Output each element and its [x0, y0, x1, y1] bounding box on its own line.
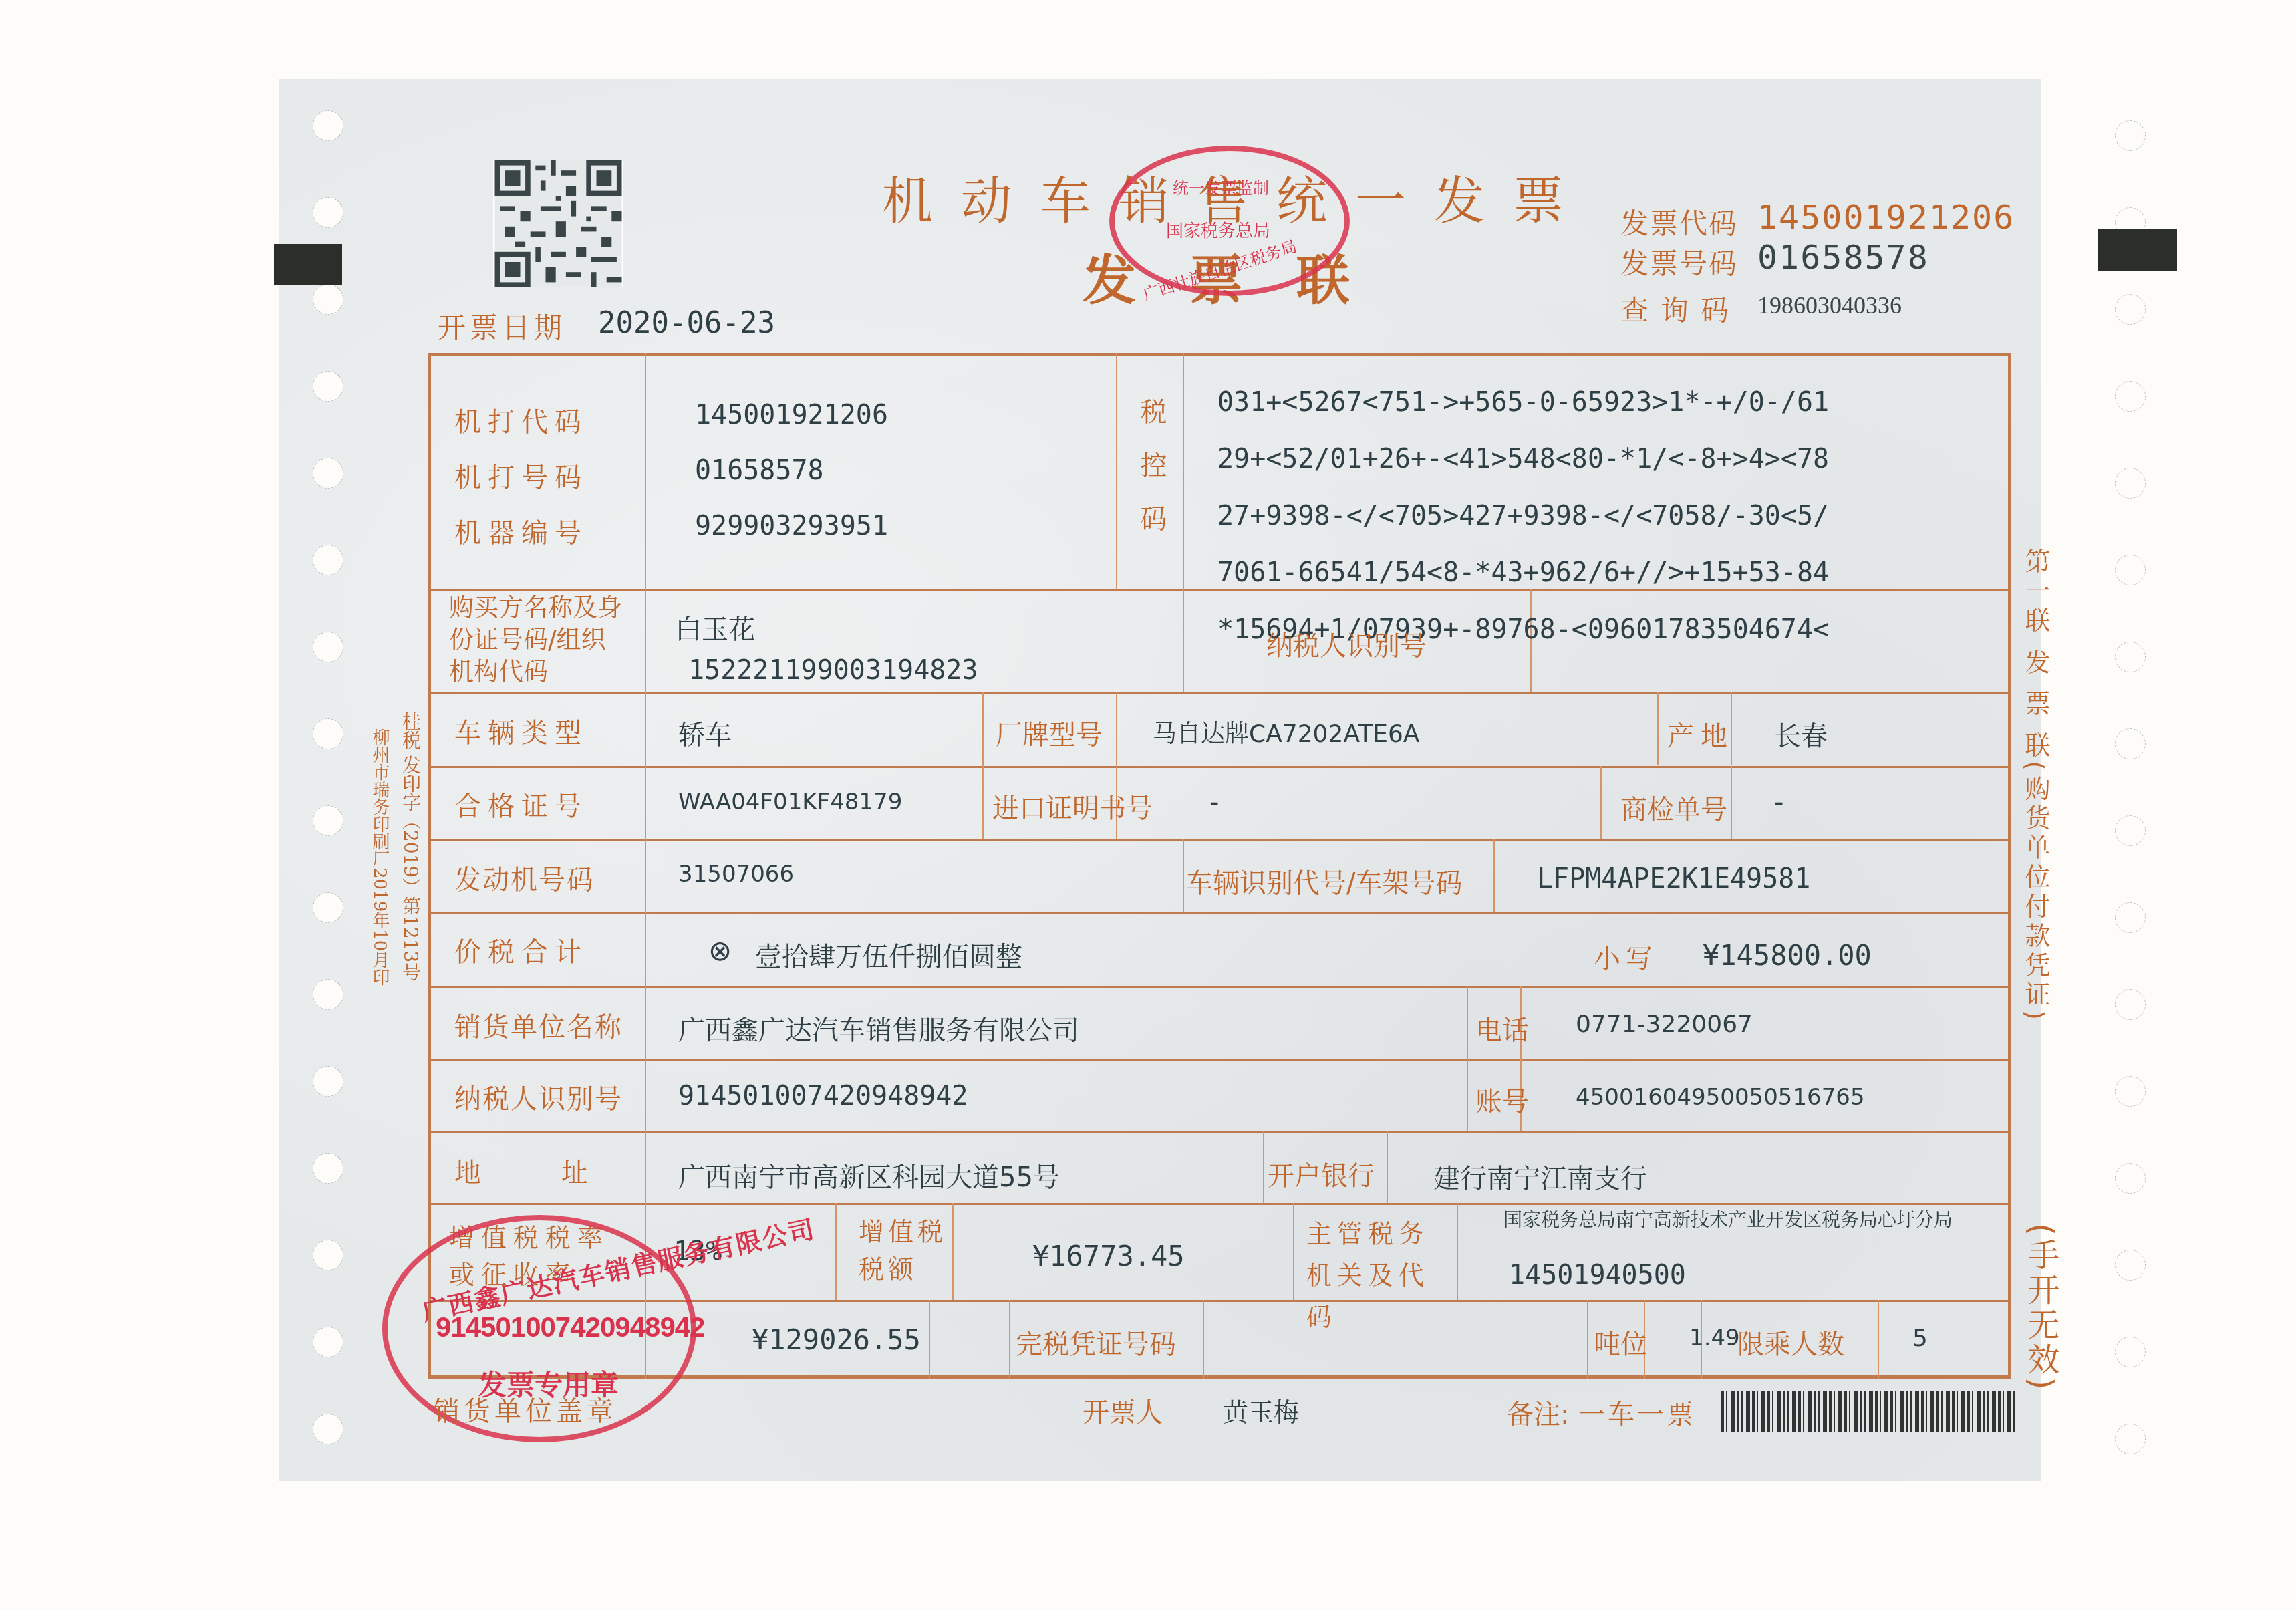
machine-code-label: 机打代码 [454, 401, 588, 439]
seller-taxpayer-id: 914501007420948942 [678, 1081, 968, 1111]
query-code-label: 查询码 [1620, 289, 1741, 329]
vin: LFPM4APE2K1E49581 [1537, 863, 1810, 894]
tax-stamp-line1: 统一发票监制 [1173, 175, 1269, 198]
seller-account: 45001604950050516765 [1576, 1084, 1865, 1111]
black-mark-right [2098, 229, 2177, 271]
issue-date-label: 开票日期 [438, 306, 566, 346]
copy-designation: 第一联 发 票 联(购货单位付款凭证) [2021, 548, 2049, 1024]
machine-number-label: 机打号码 [454, 456, 588, 495]
machine-id: 929903293951 [695, 511, 888, 541]
vat-amount: ¥16773.45 [1032, 1240, 1185, 1272]
vehicle-type: 轿车 [678, 714, 732, 752]
machine-id-label: 机器编号 [454, 512, 588, 550]
tonnage-label: 吨位 [1594, 1323, 1647, 1361]
vin-label: 车辆识别代号/车架号码 [1186, 862, 1462, 900]
origin: 长春 [1774, 715, 1828, 753]
issue-date: 2020-06-23 [598, 306, 775, 340]
tonnage: 1.49 [1689, 1325, 1740, 1351]
tax-control-label: 税控码 [1133, 398, 1171, 558]
certificate-label: 合格证号 [454, 785, 588, 823]
invoice-code-label: 发票代码 [1620, 202, 1738, 242]
buyer-name: 白玉花 [675, 608, 755, 646]
seller-stamp-tax-id: 914501007420948942 [436, 1311, 704, 1343]
qr-code [493, 160, 623, 287]
seller-taxpayer-id-label: 纳税人识别号 [454, 1078, 623, 1116]
query-code: 198603040336 [1757, 291, 1902, 319]
buyer-label: 购买方名称及身份证号码/组织机构代码 [449, 592, 629, 688]
brand-model-label: 厂牌型号 [996, 714, 1103, 752]
black-mark-left [274, 244, 342, 285]
tax-authority-code: 14501940500 [1509, 1260, 1686, 1291]
vat-label: 增值税税额 [859, 1213, 952, 1288]
engine-label: 发动机号码 [454, 859, 595, 897]
seller-phone: 0771-3220067 [1576, 1011, 1753, 1038]
total-amount-words: 壹拾肆万伍仟捌佰圆整 [755, 936, 1022, 974]
seller-account-label: 账号 [1475, 1081, 1529, 1119]
tax-stamp-line2: 国家税务总局 [1166, 217, 1270, 242]
machine-code: 145001921206 [695, 400, 888, 430]
invoice-number-label: 发票号码 [1620, 242, 1738, 282]
inspection-label: 商检单号 [1620, 789, 1727, 827]
seller-address-label: 地址 [454, 1152, 668, 1190]
vehicle-type-label: 车辆类型 [454, 712, 588, 750]
seller-address: 广西南宁市高新区科园大道55号 [678, 1156, 1060, 1194]
tax-authority-label: 主管税务机关及代码 [1306, 1213, 1447, 1337]
origin-label: 产地 [1667, 715, 1734, 753]
seller-name: 广西鑫广达汽车销售服务有限公司 [678, 1009, 1079, 1047]
barcode [1721, 1391, 2015, 1432]
seller-bank-label: 开户银行 [1268, 1155, 1375, 1193]
seller-phone-label: 电话 [1475, 1009, 1529, 1047]
invoice-number: 01658578 [1757, 238, 1929, 277]
duty-paid-label: 完税凭证号码 [1016, 1323, 1176, 1361]
remark: 一车一票 [1578, 1393, 1696, 1432]
total-label: 价税合计 [454, 931, 588, 969]
buyer-id-number: 152221199003194823 [688, 655, 978, 686]
total-small-label: 小写 [1594, 938, 1658, 976]
manual-invalid-notice: (手开无效) [2018, 1223, 2064, 1392]
tax-control-code: 031+<5267<751->+565-0-65923>1*-+/0-/6129… [1217, 374, 1829, 658]
print-permit: 桂税 发印字（2019）第1213号 [397, 712, 424, 981]
import-cert: - [1209, 787, 1219, 818]
brand-model: 马自达牌CA7202ATE6A [1153, 715, 1419, 749]
total-symbol: ⊗ [708, 934, 732, 967]
buyer-taxpayer-id-label: 纳税人识别号 [1266, 625, 1427, 663]
drawer-name: 黄玉梅 [1223, 1391, 1299, 1428]
tax-authority: 国家税务总局南宁高新技术产业开发区税务局心圩分局 [1503, 1208, 1998, 1232]
certificate: WAA04F01KF48179 [678, 789, 902, 815]
seats: 5 [1912, 1325, 1928, 1352]
seller-name-label: 销货单位名称 [454, 1006, 623, 1044]
seller-seal-label: 销货单位盖章 [433, 1390, 617, 1428]
import-cert-label: 进口证明书号 [992, 787, 1153, 825]
engine: 31507066 [678, 861, 794, 888]
drawer-label: 开票人 [1083, 1391, 1163, 1430]
seats-label: 限乘人数 [1737, 1323, 1844, 1361]
machine-number: 01658578 [695, 455, 824, 486]
seller-bank: 建行南宁江南支行 [1433, 1158, 1647, 1196]
total-amount: ¥145800.00 [1703, 939, 1872, 972]
remark-label: 备注: [1507, 1393, 1569, 1432]
pretax-amount: ¥129026.55 [752, 1323, 921, 1356]
printer-info: 柳州市瑞务印刷厂2019年10月印 [368, 728, 392, 986]
inspection: - [1774, 787, 1783, 818]
invoice-code: 145001921206 [1757, 198, 2015, 237]
